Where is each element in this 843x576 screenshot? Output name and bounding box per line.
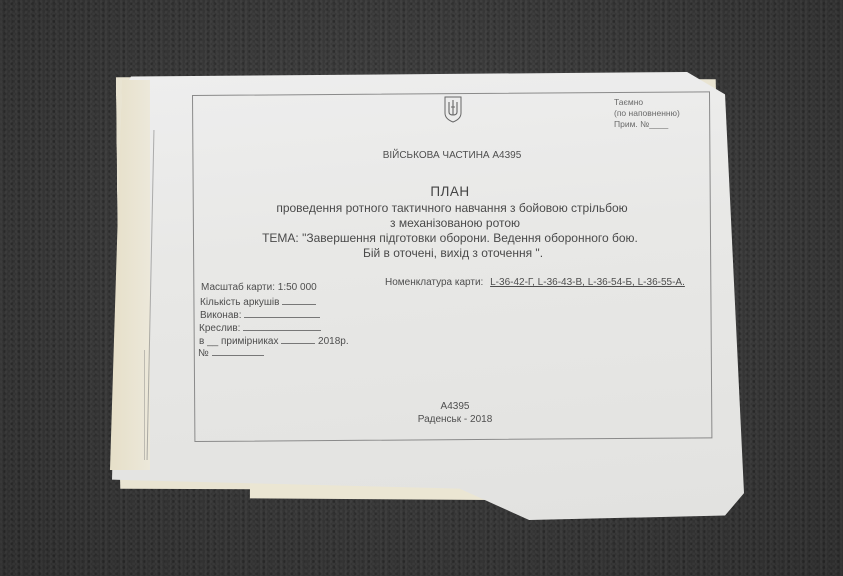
document-title: ПЛАН — [430, 184, 469, 199]
copies-blank — [281, 334, 315, 344]
document-frame — [192, 91, 712, 442]
nomenclature-value: L-36-42-Г, L-36-43-В, L-36-54-Б, L-36-55… — [490, 277, 685, 288]
number-blank — [212, 346, 264, 356]
map-nomenclature: Номенклатура карти: L-36-42-Г, L-36-43-В… — [385, 277, 685, 288]
subtitle-line1: проведення ротного тактичного навчання з… — [276, 201, 627, 215]
military-unit: ВІЙСЬКОВА ЧАСТИНА А4395 — [383, 150, 522, 161]
footer-unit: А4395 — [441, 401, 470, 412]
executed-by-blank — [244, 308, 320, 318]
nomenclature-label: Номенклатура карти: — [385, 277, 483, 288]
drawn-by-label: Креслив: — [199, 323, 240, 334]
sheets-count-blank — [282, 295, 316, 305]
classification-line2: (по наповненню) — [614, 108, 680, 118]
copies-year: 2018р. — [318, 336, 349, 347]
drawn-by-blank — [243, 321, 321, 331]
sheets-count-label: Кількість аркушів — [200, 297, 279, 308]
number-label: № — [198, 348, 209, 359]
drawn-by-field: Креслив: — [199, 321, 321, 334]
sheet-fold-line — [144, 350, 145, 460]
topic-line1: ТЕМА: "Завершення підготовки оборони. Ве… — [262, 231, 638, 245]
footer-place-year: Раденськ - 2018 — [418, 414, 493, 425]
subtitle-line2: з механізованою ротою — [390, 216, 520, 230]
coat-of-arms-trident-icon — [443, 95, 463, 123]
number-field: № — [198, 346, 264, 359]
sheets-count-field: Кількість аркушів — [200, 295, 316, 308]
classification-line1: Таємно — [614, 97, 643, 107]
copy-number-label: Прим. №____ — [614, 119, 668, 129]
executed-by-field: Виконав: — [200, 308, 320, 321]
executed-by-label: Виконав: — [200, 310, 241, 321]
map-scale: Масштаб карти: 1:50 000 — [201, 282, 317, 293]
topic-line2: Бій в оточені, вихід з оточення ". — [363, 246, 543, 260]
